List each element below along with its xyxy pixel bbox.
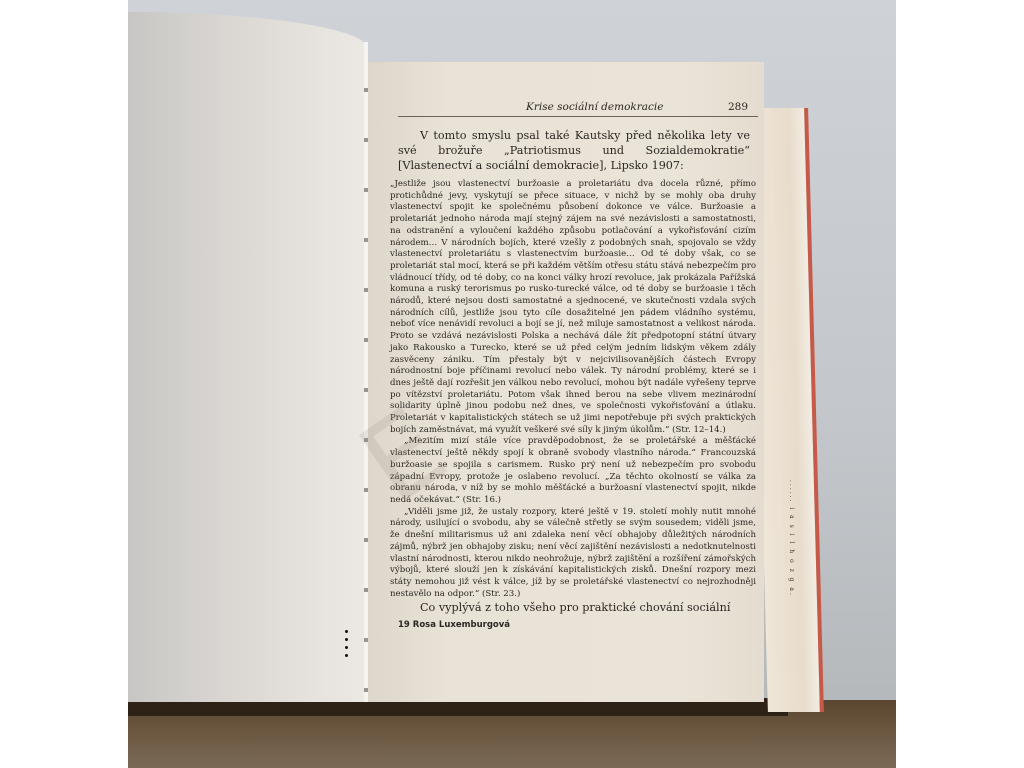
book-photo: ...... i a s i l h o z g a. Krise sociál…	[128, 0, 896, 768]
intro-paragraph: V tomto smyslu psal také Kautsky před ně…	[398, 128, 750, 173]
binding-holes	[345, 630, 349, 662]
right-page: Krise sociální demokracie 289 V tomto sm…	[368, 62, 764, 702]
chapter-title: Krise sociální demokracie	[526, 101, 664, 113]
next-page-edge-text: ...... i a s i l h o z g a.	[788, 480, 795, 597]
quote-paragraph: „Jestliže jsou vlastenectví buržoasie a …	[390, 179, 756, 436]
closing-line: Co vyplývá z toho všeho pro praktické ch…	[398, 600, 750, 615]
body-text: V tomto smyslu psal také Kautsky před ně…	[398, 128, 750, 615]
running-head: Krise sociální demokracie 289	[398, 96, 758, 117]
block-quote: „Jestliže jsou vlastenectví buržoasie a …	[390, 179, 756, 600]
left-page-blank	[128, 12, 368, 702]
quote-paragraph: „Viděli jsme již, že ustaly rozpory, kte…	[390, 507, 756, 601]
signature-mark: 19 Rosa Luxemburgová	[398, 620, 510, 630]
page-number: 289	[728, 101, 748, 113]
quote-paragraph: „Mezitím mizí stále více pravděpodobnost…	[390, 436, 756, 506]
